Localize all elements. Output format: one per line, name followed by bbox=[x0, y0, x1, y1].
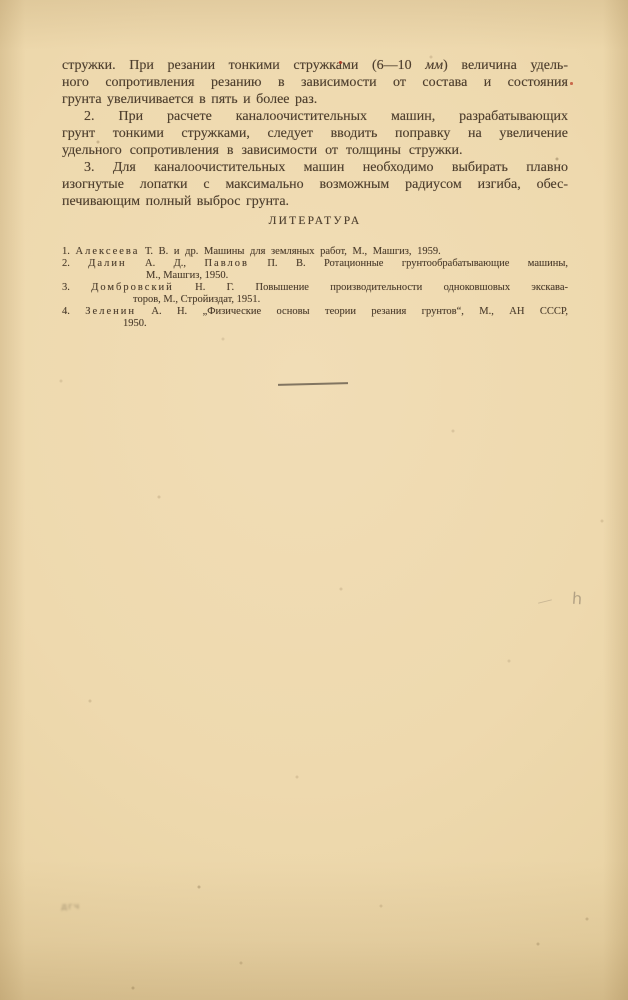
ref-text: Н. Г. Повышение производительности однок… bbox=[174, 282, 568, 293]
literature-heading: ЛИТЕРАТУРА bbox=[62, 215, 568, 227]
body-line: грунта увеличивается в пять и более раз. bbox=[62, 91, 568, 108]
ref-text: Т. В. и др. Машины для земляных работ, М… bbox=[139, 246, 440, 257]
body-line: печивающим полный выброс грунта. bbox=[62, 193, 568, 210]
body-line: ного сопротивления резанию в зависимости… bbox=[62, 74, 568, 91]
reference-line: 3. Домбровский Н. Г. Повышение производи… bbox=[62, 282, 568, 294]
pencil-dash-mark bbox=[538, 599, 552, 604]
ref-number: 4. bbox=[62, 306, 85, 317]
ref-number: 1. bbox=[62, 246, 76, 257]
red-ink-speck bbox=[570, 82, 573, 85]
ref-author: Зеленин bbox=[85, 306, 136, 317]
section-divider-rule bbox=[278, 382, 348, 385]
italic-unit-mm: мм bbox=[425, 58, 443, 73]
body-line-text: стружки. При резании тонкими стружками (… bbox=[62, 58, 425, 73]
body-line: 3. Для каналоочистительных машин необход… bbox=[62, 159, 568, 176]
reference-continuation: торов, М., Стройиздат, 1951. bbox=[62, 294, 568, 306]
body-line: стружки. При резании тонкими стружками (… bbox=[62, 57, 568, 74]
body-line: удельного сопротивления в зависимости от… bbox=[62, 142, 568, 159]
ref-author: Алексеева bbox=[76, 246, 140, 257]
references-list: 1. Алексеева Т. В. и др. Машины для земл… bbox=[62, 246, 568, 330]
ref-text: А. Н. „Физические основы теории резания … bbox=[136, 306, 568, 317]
reference-line: 1. Алексеева Т. В. и др. Машины для земл… bbox=[62, 246, 568, 258]
red-ink-speck bbox=[339, 61, 342, 64]
reference-continuation: М., Машгиз, 1950. bbox=[62, 270, 568, 282]
reference-line: 4. Зеленин А. Н. „Физические основы теор… bbox=[62, 306, 568, 318]
body-line: изогнутые лопатки с максимально возможны… bbox=[62, 176, 568, 193]
body-line-text: ) величина удель- bbox=[443, 58, 568, 73]
reference-continuation: 1950. bbox=[62, 318, 568, 330]
body-text-block: стружки. При резании тонкими стружками (… bbox=[62, 57, 568, 210]
ref-text: П. В. Ротационные грунтообрабатывающие м… bbox=[249, 258, 568, 269]
paper-texture-specks bbox=[0, 0, 2, 2]
ref-number: 3. bbox=[62, 282, 91, 293]
body-line: 2. При расчете каналоочистительных машин… bbox=[62, 108, 568, 125]
ref-author: Павлов bbox=[204, 258, 249, 269]
paper-smudge: дгч bbox=[61, 901, 91, 915]
ref-author: Домбровский bbox=[91, 282, 174, 293]
scanned-page: стружки. При резании тонкими стружками (… bbox=[0, 0, 628, 1000]
body-line: грунт тонкими стружками, следует вводить… bbox=[62, 125, 568, 142]
reference-line: 2. Далин А. Д., Павлов П. В. Ротационные… bbox=[62, 258, 568, 270]
ref-author: Далин bbox=[88, 258, 126, 269]
pencil-mark: h bbox=[571, 589, 582, 609]
ref-number: 2. bbox=[62, 258, 88, 269]
ref-text: А. Д., bbox=[127, 258, 205, 269]
